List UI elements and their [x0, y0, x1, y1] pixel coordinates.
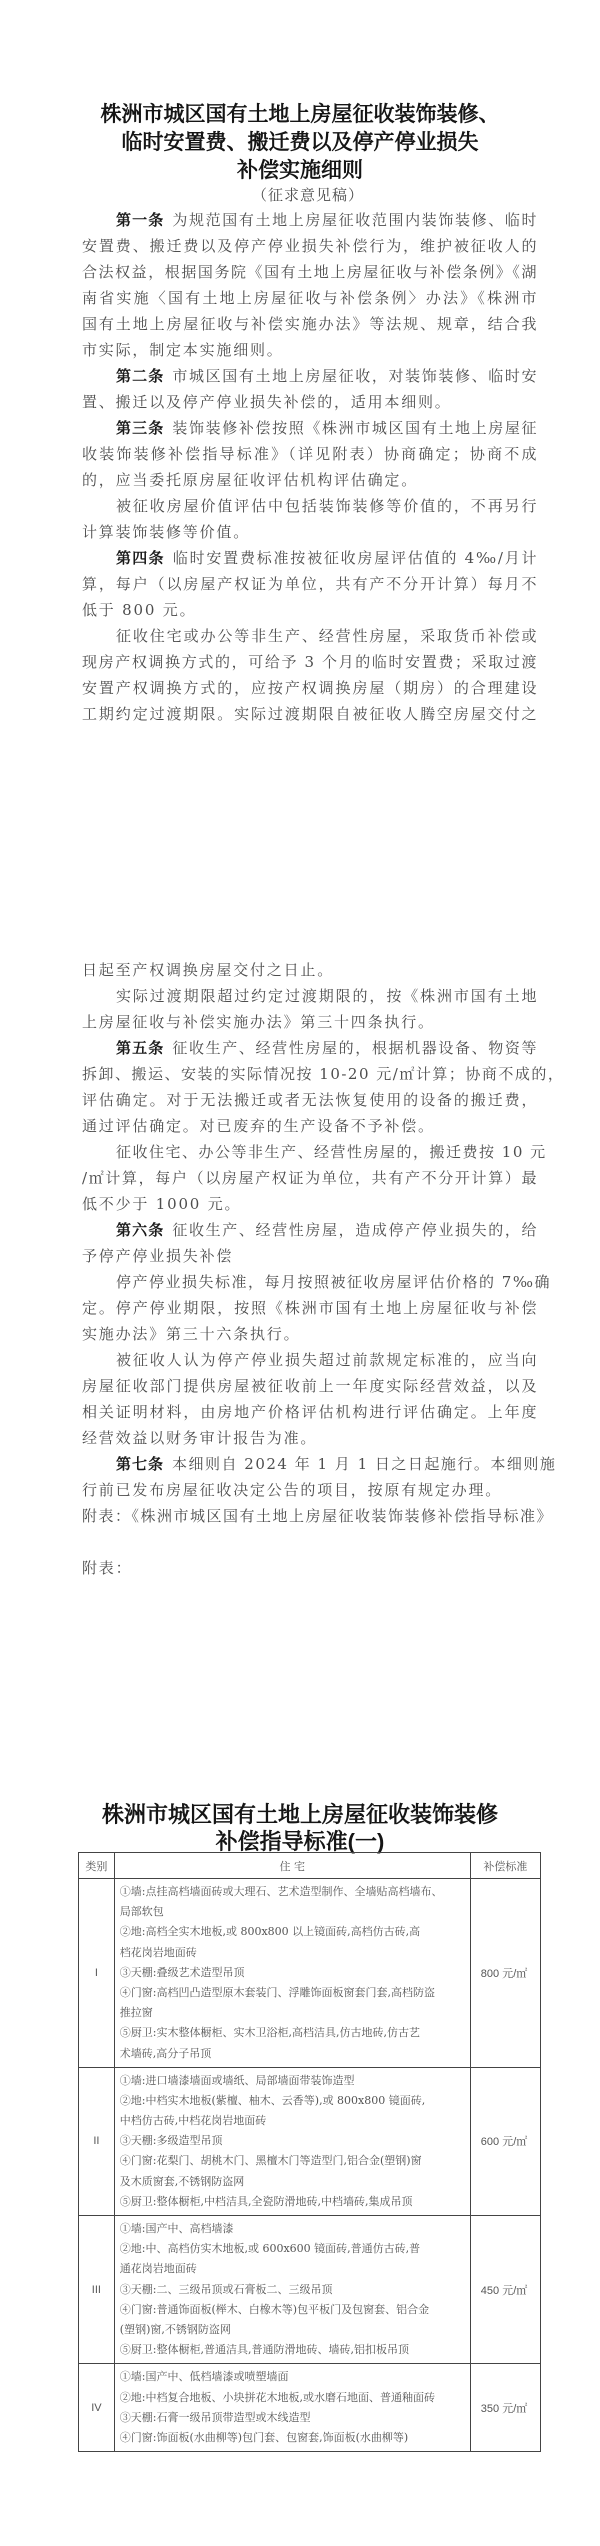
table-row: IV ①墙:国产中、低档墙漆或喷塑墙面 ②地:中档复合地板、小块拼花木地板,或水…	[79, 2364, 541, 2452]
text-line: 安置费、搬迁费以及停产停业损失补偿行为，维护被征收人的	[82, 233, 538, 259]
description-line: ①墙:点挂高档墙面砖或大理石、艺术造型制作、全墙贴高档墙布、	[120, 1882, 470, 1902]
description-line: ④门窗:普通饰面板(榉木、白橡木等)包平板门及包窗套、铝合金	[120, 2300, 470, 2320]
title-line: 株洲市城区国有土地上房屋征收装饰装修	[0, 1801, 600, 1828]
description-cell: ①墙:点挂高档墙面砖或大理石、艺术造型制作、全墙贴高档墙布、 局部软包 ②地:高…	[114, 1879, 470, 2068]
header-standard: 补偿标准	[470, 1853, 540, 1879]
description-line: ②地:中、高档仿实木地板,或 600x600 镜面砖,普通仿古砖,普	[120, 2239, 470, 2259]
description-line: 及木质窗套,不锈钢防盗网	[120, 2172, 470, 2192]
text-line: 第一条为规范国有土地上房屋征收范围内装饰装修、临时	[82, 207, 538, 233]
text-line: 评估确定。对于无法搬迁或者无法恢复使用的设备的搬迁费，	[82, 1087, 538, 1113]
description-line: ④门窗:饰面板(水曲柳等)包门套、包窗套,饰面板(水曲柳等)	[120, 2428, 470, 2448]
article-label: 第一条	[116, 211, 164, 229]
standard-cell: 600 元/㎡	[470, 2067, 540, 2215]
body-page-1: 第一条为规范国有土地上房屋征收范围内装饰装修、临时 安置费、搬迁费以及停产停业损…	[82, 207, 538, 727]
text-line: 工期约定过渡期限。实际过渡期限自被征收人腾空房屋交付之	[82, 701, 538, 727]
description-line: ②地:中档实木地板(紫檀、柚木、云香等),或 800x800 镜面砖,	[120, 2091, 470, 2111]
description-line: ②地:高档全实木地板,或 800x800 以上镜面砖,高档仿古砖,高	[120, 1922, 470, 1942]
text-line: 日起至产权调换房屋交付之日止。	[82, 957, 538, 983]
description-line: ②地:中档复合地板、小块拼花木地板,或水磨石地面、普通釉面砖	[120, 2388, 470, 2408]
attachment-reference: 附表：《株洲市城区国有土地上房屋征收装饰装修补偿指导标准》	[82, 1503, 538, 1529]
description-line: ①墙:国产中、高档墙漆	[120, 2219, 470, 2239]
body-page-2: 日起至产权调换房屋交付之日止。 实际过渡期限超过约定过渡期限的，按《株洲市国有土…	[82, 957, 538, 1581]
text-line: 上房屋征收与补偿实施办法》第三十四条执行。	[82, 1009, 538, 1035]
description-cell: ①墙:国产中、高档墙漆 ②地:中、高档仿实木地板,或 600x600 镜面砖,普…	[114, 2216, 470, 2364]
description-line: 局部软包	[120, 1902, 470, 1922]
description-line: 中档仿古砖,中档花岗岩地面砖	[120, 2111, 470, 2131]
description-line: ①墙:进口墙漆墙面或墙纸、局部墙面带装饰造型	[120, 2071, 470, 2091]
text-line: 实际过渡期限超过约定过渡期限的，按《株洲市国有土地	[82, 983, 538, 1009]
category-cell: III	[79, 2216, 115, 2364]
text-line: 计算装饰装修等价值。	[82, 519, 538, 545]
table-row: I ①墙:点挂高档墙面砖或大理石、艺术造型制作、全墙贴高档墙布、 局部软包 ②地…	[79, 1879, 541, 2068]
article-label: 第四条	[116, 549, 165, 567]
text-line: 第五条征收生产、经营性房屋的，根据机器设备、物资等	[82, 1035, 538, 1061]
text-line: 经营效益以财务审计报告为准。	[82, 1425, 538, 1451]
text-line: 被征收房屋价值评估中包括装饰装修等价值的，不再另行	[82, 493, 538, 519]
header-category: 类别	[79, 1853, 115, 1879]
description-line: ④门窗:花梨门、胡桃木门、黑檀木门等造型门,铝合金(塑钢)窗	[120, 2151, 470, 2171]
text-line: 市实际，制定本实施细则。	[82, 337, 538, 363]
description-line: 推拉窗	[120, 2003, 470, 2023]
text-line: 征收住宅或办公等非生产、经营性房屋，采取货币补偿或	[82, 623, 538, 649]
text-line: 实施办法》第三十六条执行。	[82, 1321, 538, 1347]
description-line: 通花岗岩地面砖	[120, 2259, 470, 2279]
blank-line	[82, 1529, 538, 1555]
standard-cell: 450 元/㎡	[470, 2216, 540, 2364]
description-line: ③天棚:叠级艺术造型吊顶	[120, 1963, 470, 1983]
text-line: 低不少于 1000 元。	[82, 1191, 538, 1217]
text-line: 第四条临时安置费标准按被征收房屋评估值的 4‰/月计	[82, 545, 538, 571]
text-line: 南省实施〈国有土地上房屋征收与补偿条例〉办法》《株洲市	[82, 285, 538, 311]
text-line: 低于 800 元。	[82, 597, 538, 623]
attachment-label: 附表：	[82, 1555, 538, 1581]
description-line: ⑤厨卫:整体橱柜,中档洁具,全瓷防滑地砖,中档墙砖,集成吊顶	[120, 2192, 470, 2212]
article-label: 第七条	[116, 1455, 164, 1473]
description-line: ⑤厨卫:整体橱柜,普通洁具,普通防滑地砖、墙砖,铝扣板吊顶	[120, 2340, 470, 2360]
title-line: 株洲市城区国有土地上房屋征收装饰装修、	[0, 101, 600, 129]
title-line: 补偿指导标准(一)	[0, 1828, 600, 1855]
description-cell: ①墙:国产中、低档墙漆或喷塑墙面 ②地:中档复合地板、小块拼花木地板,或水磨石地…	[114, 2364, 470, 2452]
text-line: 相关证明材料，由房地产价格评估机构进行评估确定。上年度	[82, 1399, 538, 1425]
title-line: 临时安置费、搬迁费以及停产停业损失	[0, 129, 600, 157]
text-line: 置、搬迁以及停产停业损失补偿的，适用本细则。	[82, 389, 538, 415]
text-line: 现房产权调换方式的，可给予 3 个月的临时安置费；采取过渡	[82, 649, 538, 675]
text-line: 行前已发布房屋征收决定公告的项目，按原有规定办理。	[82, 1477, 538, 1503]
article-label: 第五条	[116, 1039, 164, 1057]
text-line: 征收住宅、办公等非生产、经营性房屋的，搬迁费按 10 元	[82, 1139, 538, 1165]
text-line: 算，每户（以房屋产权证为单位，共有产不分开计算）每月不	[82, 571, 538, 597]
text-line: 被征收人认为停产停业损失超过前款规定标准的，应当向	[82, 1347, 538, 1373]
standard-cell: 800 元/㎡	[470, 1879, 540, 2068]
description-cell: ①墙:进口墙漆墙面或墙纸、局部墙面带装饰造型 ②地:中档实木地板(紫檀、柚木、云…	[114, 2067, 470, 2215]
text-line: /㎡计算，每户（以房屋产权证为单位，共有产不分开计算）最	[82, 1165, 538, 1191]
description-line: ④门窗:高档凹凸造型原木套装门、浮雕饰面板窗套门套,高档防盗	[120, 1983, 470, 2003]
description-line: 术墙砖,高分子吊顶	[120, 2044, 470, 2064]
text-line: 安置产权调换方式的，应按产权调换房屋（期房）的合理建设	[82, 675, 538, 701]
description-line: (塑钢)窗,不锈钢防盗网	[120, 2320, 470, 2340]
text-line: 第二条市城区国有土地上房屋征收，对装饰装修、临时安	[82, 363, 538, 389]
description-line: ⑤厨卫:实木整体橱柜、实木卫浴柜,高档洁具,仿古地砖,仿古艺	[120, 2023, 470, 2043]
text-line: 国有土地上房屋征收与补偿实施办法》等法规、规章，结合我	[82, 311, 538, 337]
text-line: 停产停业损失标准，每月按照被征收房屋评估价格的 7‰确	[82, 1269, 538, 1295]
article-label: 第六条	[116, 1221, 164, 1239]
text-line: 第六条征收生产、经营性房屋，造成停产停业损失的，给	[82, 1217, 538, 1243]
article-label: 第三条	[116, 419, 164, 437]
description-line: ③天棚:石膏一级吊顶带造型或木线造型	[120, 2408, 470, 2428]
standard-cell: 350 元/㎡	[470, 2364, 540, 2452]
text-line: 合法权益，根据国务院《国有土地上房屋征收与补偿条例》《湖	[82, 259, 538, 285]
text-line: 通过评估确定。对已废弃的生产设备不予补偿。	[82, 1113, 538, 1139]
description-line: ③天棚:多级造型吊顶	[120, 2131, 470, 2151]
table-row: III ①墙:国产中、高档墙漆 ②地:中、高档仿实木地板,或 600x600 镜…	[79, 2216, 541, 2364]
text-line: 第七条本细则自 2024 年 1 月 1 日之日起施行。本细则施	[82, 1451, 538, 1477]
description-line: ①墙:国产中、低档墙漆或喷塑墙面	[120, 2367, 470, 2387]
category-cell: II	[79, 2067, 115, 2215]
text-line: 房屋征收部门提供房屋被征收前上一年度实际经营效益，以及	[82, 1373, 538, 1399]
description-line: ③天棚:二、三级吊顶或石膏板二、三级吊顶	[120, 2280, 470, 2300]
category-cell: IV	[79, 2364, 115, 2452]
table-row: II ①墙:进口墙漆墙面或墙纸、局部墙面带装饰造型 ②地:中档实木地板(紫檀、柚…	[79, 2067, 541, 2215]
text-line: 的，应当委托原房屋征收评估机构评估确定。	[82, 467, 538, 493]
annex-title: 株洲市城区国有土地上房屋征收装饰装修 补偿指导标准(一)	[0, 1801, 600, 1855]
text-line: 拆卸、搬运、安装的实际情况按 10-20 元/㎡计算；协商不成的，	[82, 1061, 538, 1087]
description-line: 档花岗岩地面砖	[120, 1943, 470, 1963]
text-line: 予停产停业损失补偿	[82, 1243, 538, 1269]
document-subtitle: （征求意见稿）	[16, 182, 600, 208]
text-line: 定。停产停业期限，按照《株洲市国有土地上房屋征收与补偿	[82, 1295, 538, 1321]
text-line: 收装饰装修补偿指导标准》（详见附表）协商确定；协商不成	[82, 441, 538, 467]
compensation-standard-table: 类别 住 宅 补偿标准 I ①墙:点挂高档墙面砖或大理石、艺术造型制作、全墙贴高…	[78, 1852, 541, 2452]
table-header-row: 类别 住 宅 补偿标准	[79, 1853, 541, 1879]
category-cell: I	[79, 1879, 115, 2068]
article-label: 第二条	[116, 367, 164, 385]
title-line: 补偿实施细则	[0, 157, 600, 185]
text-line: 第三条装饰装修补偿按照《株洲市城区国有土地上房屋征	[82, 415, 538, 441]
document-title: 株洲市城区国有土地上房屋征收装饰装修、 临时安置费、搬迁费以及停产停业损失 补偿…	[0, 101, 600, 185]
header-residence: 住 宅	[114, 1853, 470, 1879]
